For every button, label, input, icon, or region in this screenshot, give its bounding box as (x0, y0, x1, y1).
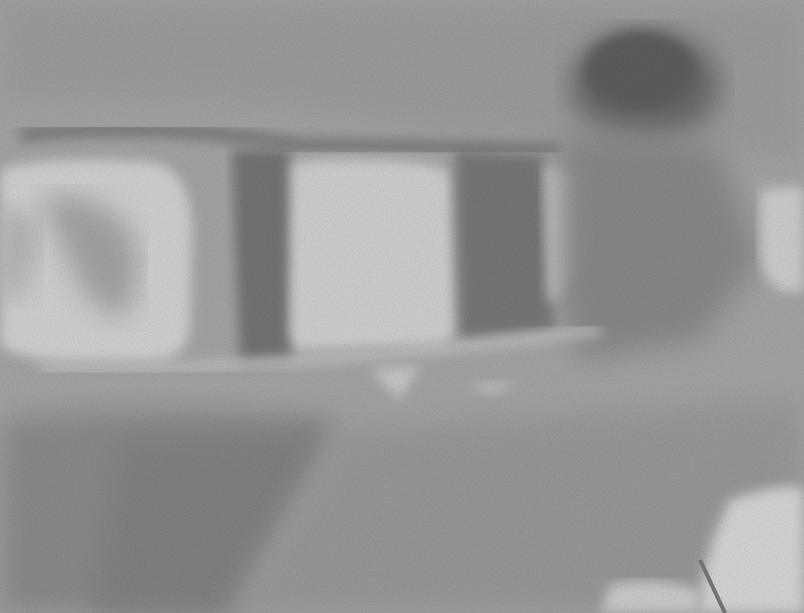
photo-canvas (0, 0, 804, 613)
center-window (290, 160, 455, 350)
photograph (0, 0, 804, 613)
rear-pillar (455, 150, 555, 340)
right-edge-light (760, 188, 804, 293)
door-pillar (232, 150, 292, 365)
